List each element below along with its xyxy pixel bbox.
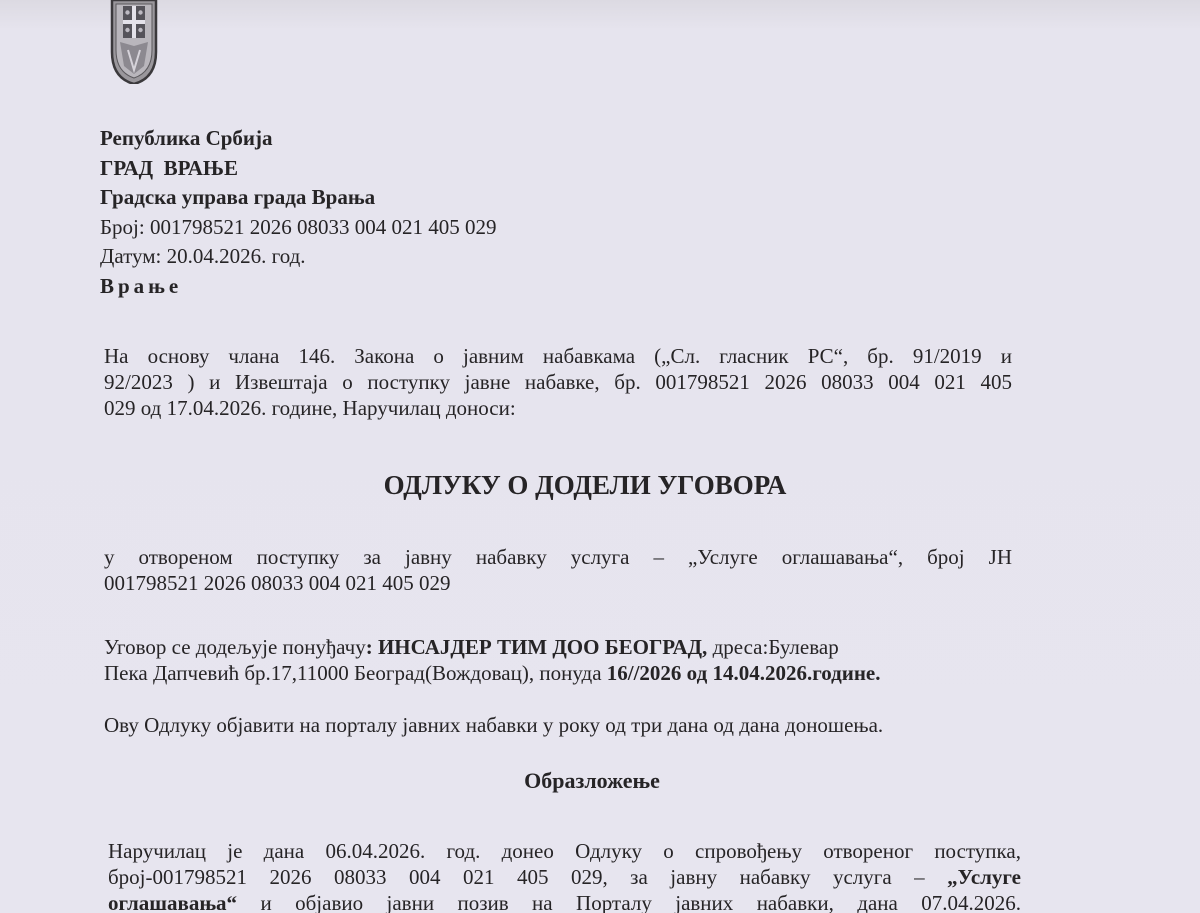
award-paragraph: Уговор се додељује понуђачу: ИНСАЈДЕР ТИ…: [104, 634, 1024, 686]
award-line-2: Пека Дапчевић бр.17,11000 Београд(Вождов…: [104, 660, 1024, 686]
republic-name: Република Србија: [100, 124, 496, 154]
publish-note: Ову Одлуку објавити на порталу јавних на…: [104, 712, 1012, 738]
explanation-line-2-text: број-001798521 2026 08033 004 021 405 02…: [108, 865, 947, 889]
service-name-end: оглашавања“: [108, 891, 237, 913]
publish-note-text: Ову Одлуку објавити на порталу јавних на…: [104, 712, 1012, 738]
explanation-line-3: оглашавања“ и објавио јавни позив на Пор…: [108, 890, 1021, 913]
issuer-header: Република Србија ГРАД ВРАЊЕ Градска упра…: [100, 124, 496, 301]
service-name-start: „Услуге: [947, 865, 1021, 889]
bidder-address-rest: Пека Дапчевић бр.17,11000 Београд(Вождов…: [104, 661, 607, 685]
offer-reference: 16//2026 од 14.04.2026.године.: [607, 661, 881, 685]
procurement-paragraph: у отвореном поступку за јавну набавку ус…: [104, 544, 1012, 596]
decision-title: ОДЛУКУ О ДОДЕЛИ УГОВОРА: [0, 470, 1170, 501]
document-page: Република Србија ГРАД ВРАЊЕ Градска упра…: [0, 0, 1200, 913]
preamble-line: 92/2023 ) и Извештаја о поступку јавне н…: [104, 369, 1012, 395]
document-date-label: Датум:: [100, 244, 161, 268]
document-number-value: 001798521 2026 08033 004 021 405 029: [150, 215, 497, 239]
administration-name: Градска управа града Врања: [100, 183, 496, 213]
document-number-label: Број:: [100, 215, 145, 239]
document-number: Број: 001798521 2026 08033 004 021 405 0…: [100, 213, 496, 243]
explanation-line-2: број-001798521 2026 08033 004 021 405 02…: [108, 864, 1021, 890]
bidder-address-start: дреса:Булевар: [707, 635, 838, 659]
document-date-value: 20.04.2026. год.: [167, 244, 306, 268]
procurement-line: у отвореном поступку за јавну набавку ус…: [104, 544, 1012, 570]
award-prefix: Уговор се додељује понуђачу: [104, 635, 366, 659]
document-date: Датум: 20.04.2026. год.: [100, 242, 496, 272]
explanation-line-1: Наручилац је дана 06.04.2026. год. донео…: [108, 838, 1021, 864]
preamble-line: 029 од 17.04.2026. године, Наручилац дон…: [104, 395, 1012, 421]
place-name: Врање: [100, 272, 496, 302]
explanation-paragraph: Наручилац је дана 06.04.2026. год. донео…: [108, 838, 1021, 913]
award-line-1: Уговор се додељује понуђачу: ИНСАЈДЕР ТИ…: [104, 634, 1024, 660]
serbian-coat-of-arms-icon: [110, 0, 158, 84]
city-name: ГРАД ВРАЊЕ: [100, 154, 496, 184]
explanation-title: Образложење: [0, 768, 1184, 794]
bidder-name: ИНСАЈДЕР ТИМ ДОО БЕОГРАД,: [373, 635, 708, 659]
procurement-line: 001798521 2026 08033 004 021 405 029: [104, 570, 1012, 596]
explanation-line-3-text: и објавио јавни позив на Порталу јавних …: [237, 891, 1021, 913]
preamble-paragraph: На основу члана 146. Закона о јавним наб…: [104, 343, 1012, 421]
preamble-line: На основу члана 146. Закона о јавним наб…: [104, 343, 1012, 369]
award-colon: :: [366, 635, 373, 659]
